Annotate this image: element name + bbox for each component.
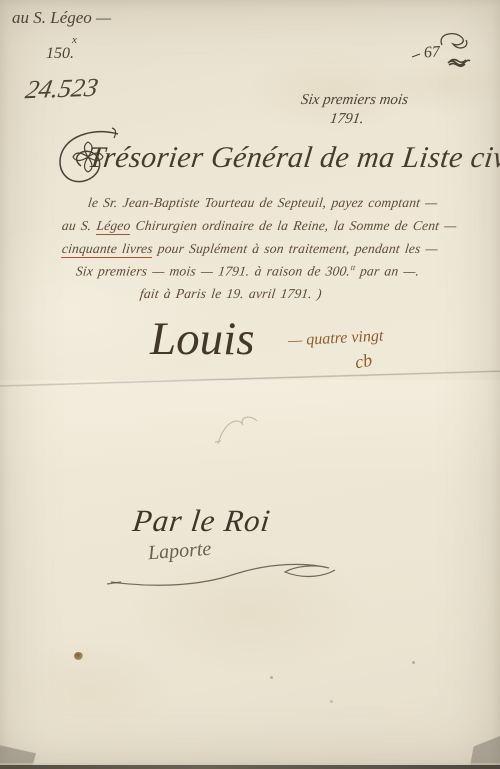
body-line-1: le Sr. Jean-Baptiste Tourteau de Septeui… [88, 195, 438, 211]
document-heading-text: Trésorier Général de ma Liste civile ; [86, 141, 500, 175]
annotation-period: Six premiers mois [300, 92, 409, 109]
body-line-2-rest: Chirurgien ordinaire de la Reine, la Som… [130, 218, 458, 233]
body-line-3-amount-underlined: cinquante livres [61, 241, 154, 258]
annotation-account-number: 150. [46, 45, 74, 63]
body-line-3-rest: pour Suplément à son traitement, pendant… [152, 241, 439, 256]
closing-formula-text: Par le Roi [131, 503, 273, 539]
folio-scribble-flourish-icon [408, 30, 478, 72]
body-line-4-post: par an —. [354, 264, 420, 279]
body-line-5-dateline: fait à Paris le 19. avril 1791. ) [140, 286, 322, 302]
annotation-folio-number: 67 [423, 43, 440, 62]
manuscript-page: au S. Légeo — x 150. 24.523 67 Six premi… [0, 0, 500, 769]
annotation-registry-number: 24.523 [23, 73, 100, 105]
body-line-4: Six premiers — mois — 1791. à raison de … [76, 263, 419, 280]
body-line-2: au S. Légeo Chirurgien ordinaire de la R… [62, 218, 457, 234]
paper-speck [330, 700, 333, 703]
body-line-2-prefix: au S. [61, 218, 97, 233]
show-through-mark-icon [210, 412, 270, 457]
royal-signature: Louis [150, 312, 255, 366]
royal-signature-text: Louis [150, 313, 255, 365]
annotation-recipient: au S. Légeo — [12, 8, 111, 28]
signature-flourish-icon [105, 556, 340, 590]
paper-speck [412, 661, 415, 664]
closing-formula: Par le Roi [133, 503, 270, 539]
paper-speck [270, 676, 273, 679]
body-line-2-name-underlined: Légeo [95, 218, 131, 235]
annotation-year: 1791. [329, 111, 365, 128]
document-heading: Trésorier Général de ma Liste civile ; [88, 141, 500, 175]
body-line-3: cinquante livres pour Suplément à son tr… [62, 241, 438, 257]
clerk-paraph: cb [353, 350, 373, 374]
body-line-4-pre: Six premiers — mois — 1791. à raison de … [75, 264, 351, 279]
signature-amount-note: — quatre vingt [288, 328, 384, 351]
ink-spot [74, 652, 83, 660]
photo-bottom-edge [0, 765, 500, 769]
